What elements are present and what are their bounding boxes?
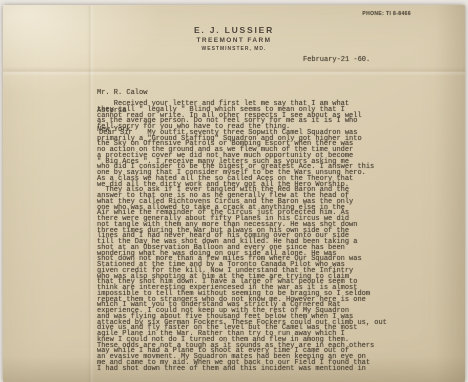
letterhead-farm: TREEMONT FARM — [3, 37, 465, 44]
phone-number: PHONE: TI 8-8466 — [362, 11, 411, 17]
recipient-name: Mr. R. Calow — [97, 90, 147, 96]
letter-body: Received your letter and first let me sa… — [97, 102, 403, 372]
letterhead: E. J. LUSSIER TREEMONT FARM WESTMINSTER,… — [3, 25, 465, 52]
letter-scan: PHONE: TI 8-8466 E. J. LUSSIER TREEMONT … — [0, 0, 468, 382]
paper-crease-vertical — [87, 5, 94, 382]
paper-edge-shading — [435, 5, 465, 382]
letterhead-city: WESTMINSTER, MD. — [3, 46, 465, 52]
paper-crease-horizontal — [3, 67, 465, 76]
letter-paper: PHONE: TI 8-8466 E. J. LUSSIER TREEMONT … — [3, 5, 465, 382]
letterhead-name: E. J. LUSSIER — [3, 25, 465, 35]
date-line: February-21 -60. — [303, 56, 370, 64]
